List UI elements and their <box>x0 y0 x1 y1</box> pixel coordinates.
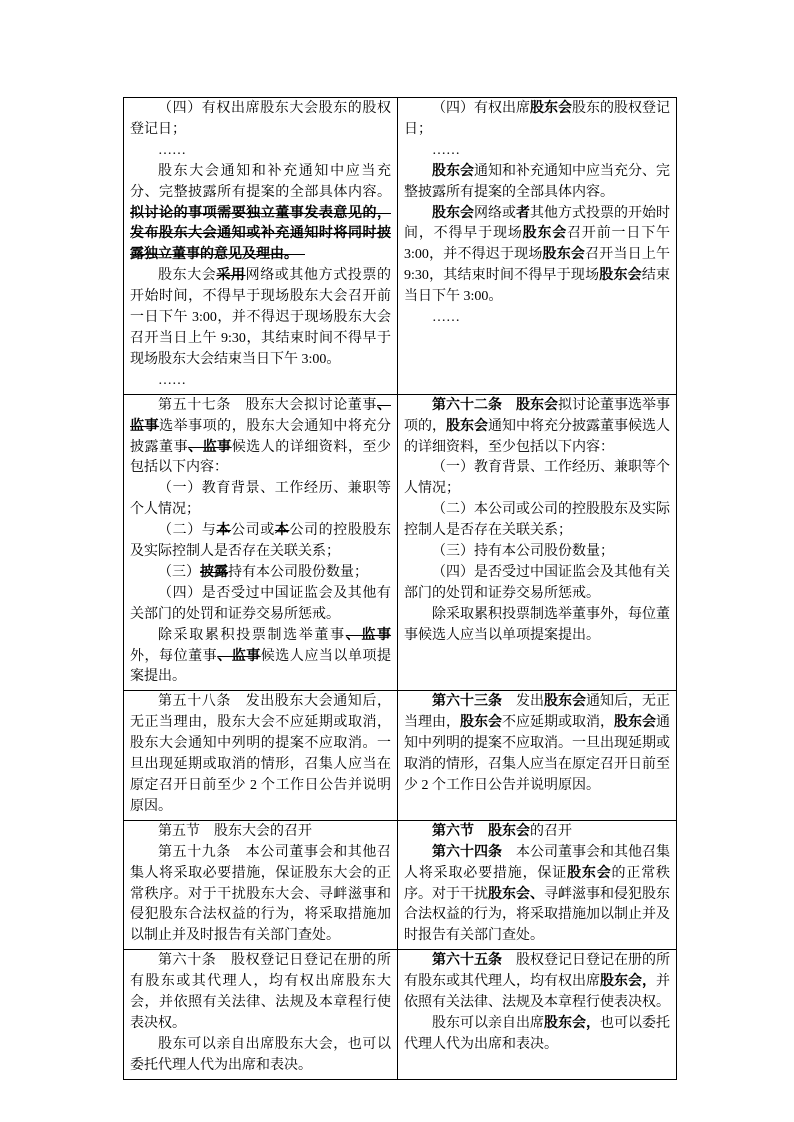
deleted-text: 、监事 <box>217 649 261 664</box>
text-run: 外，每位董事 <box>130 649 217 664</box>
paragraph: 股东大会采用网络或其他方式投票的开始时间，不得早于现场股东大会召开前一日下午 3… <box>130 266 391 371</box>
text-run: 股东可以亲自出席股东大会，也可以委托代理人代为出席和表决。 <box>130 1037 391 1073</box>
paragraph: …… <box>404 308 670 329</box>
paragraph: 第五十七条 股东大会拟讨论董事、监事选举事项的，股东大会通知中将充分披露董事、监… <box>130 396 391 480</box>
text-run: 网络或 <box>474 206 516 221</box>
added-text: 者 <box>516 206 530 221</box>
right-version-cell: 第六十三条 发出股东会通知后，无正当理由，股东会不应延期或取消，股东会通知中列明… <box>398 691 677 820</box>
paragraph: …… <box>404 141 670 162</box>
text-run: （四）有权出席 <box>432 101 530 116</box>
text-run: 不应延期或取消， <box>502 715 614 730</box>
added-text: 股东会 <box>516 398 558 413</box>
text-run: …… <box>158 373 186 388</box>
left-version-cell: 第五十八条 发出股东大会通知后，无正当理由，股东大会不应延期或取消，股东大会通知… <box>124 691 398 820</box>
paragraph: 股东会网络或者其他方式投票的开始时间，不得早于现场股东会召开前一日下午 3:00… <box>404 204 670 309</box>
table-row: 第五节 股东大会的召开第五十九条 本公司董事会和其他召集人将采取必要措施，保证股… <box>124 820 677 949</box>
paragraph: 股东可以亲自出席股东大会，也可以委托代理人代为出席和表决。 <box>130 1035 391 1077</box>
paragraph: （四）是否受过中国证监会及其他有关部门的处罚和证券交易所惩戒。 <box>404 563 670 605</box>
text-run: （四）是否受过中国证监会及其他有关部门的处罚和证券交易所惩戒。 <box>404 565 670 601</box>
added-text: 第六节 股东会 <box>432 824 530 839</box>
paragraph: 第六十四条 本公司董事会和其他召集人将采取必要措施，保证股东会的正常秩序。对于干… <box>404 843 670 948</box>
table-row: 第五十七条 股东大会拟讨论董事、监事选举事项的，股东大会通知中将充分披露董事、监… <box>124 394 677 691</box>
right-version-cell: （四）有权出席股东会股东的股权登记日；……股东会通知和补充通知中应当充分、完整披… <box>398 98 677 395</box>
right-version-cell: 第六十二条 股东会拟讨论董事选举事项的，股东会通知中将充分披露董事候选人的详细资… <box>398 394 677 691</box>
added-text: 股东会 <box>432 164 474 179</box>
deleted-text: 本 <box>275 523 290 538</box>
right-version-cell: 第六十五条 股权登记日登记在册的所有股东或其代理人，均有权出席股东会，并依照有关… <box>398 950 677 1079</box>
paragraph: （四）有权出席股东大会股东的股权登记日； <box>130 99 391 141</box>
added-text: 股东会， <box>600 974 656 989</box>
added-text: 股东会 <box>523 226 567 241</box>
text-run: 股东大会通知和补充通知中应当充分、完整披露所有提案的全部具体内容。 <box>130 164 391 200</box>
paragraph: （一）教育背景、工作经历、兼职等个人情况； <box>130 479 391 521</box>
text-run: …… <box>432 143 460 158</box>
deleted-text: 采用 <box>216 268 245 283</box>
added-text: 第六十三条 <box>432 694 502 709</box>
added-text: 第六十四条 <box>432 845 502 860</box>
paragraph: 除采取累积投票制选举董事、监事外，每位董事、监事候选人应当以单项提案提出。 <box>130 626 391 689</box>
left-version-cell: 第五节 股东大会的召开第五十九条 本公司董事会和其他召集人将采取必要措施，保证股… <box>124 820 398 949</box>
table-row: 第五十八条 发出股东大会通知后，无正当理由，股东大会不应延期或取消，股东大会通知… <box>124 691 677 820</box>
added-text: 股东会 <box>543 247 586 262</box>
paragraph: …… <box>130 371 391 392</box>
added-text: 股东会 <box>432 206 474 221</box>
text-run: 第六十条 股权登记日登记在册的所有股东或其代理人，均有权出席股东大会，并依照有关… <box>130 953 391 1031</box>
comparison-table-body: （四）有权出席股东大会股东的股权登记日；……股东大会通知和补充通知中应当充分、完… <box>124 98 677 1080</box>
text-run: 第五十九条 本公司董事会和其他召集人将采取必要措施，保证股东大会的正常秩序。对于… <box>130 845 391 944</box>
paragraph: （二）与本公司或本公司的控股股东及实际控制人是否存在关联关系； <box>130 521 391 563</box>
added-text: 股东会 <box>446 419 488 434</box>
text-run: 持有本公司股份数量； <box>228 565 368 580</box>
text-run: …… <box>432 310 460 325</box>
paragraph: 第六十二条 股东会拟讨论董事选举事项的，股东会通知中将充分披露董事候选人的详细资… <box>404 396 670 459</box>
paragraph: 第六十三条 发出股东会通知后，无正当理由，股东会不应延期或取消，股东会通知中列明… <box>404 692 670 797</box>
paragraph: 第五节 股东大会的召开 <box>130 822 391 843</box>
text-run: 第五十七条 股东大会拟讨论董事 <box>158 398 377 413</box>
text-run: 第五十八条 发出股东大会通知后，无正当理由，股东大会不应延期或取消，股东大会通知… <box>130 694 391 814</box>
added-text: 股东会 <box>544 694 586 709</box>
left-version-cell: （四）有权出席股东大会股东的股权登记日；……股东大会通知和补充通知中应当充分、完… <box>124 98 398 395</box>
text-run: （二）与 <box>158 523 216 538</box>
text-run: （一）教育背景、工作经历、兼职等个人情况； <box>404 460 670 496</box>
text-run: 第五节 股东大会的召开 <box>158 824 312 839</box>
paragraph: 第五十九条 本公司董事会和其他召集人将采取必要措施，保证股东大会的正常秩序。对于… <box>130 843 391 948</box>
right-version-cell: 第六节 股东会的召开第六十四条 本公司董事会和其他召集人将采取必要措施，保证股东… <box>398 820 677 949</box>
paragraph: （一）教育背景、工作经历、兼职等个人情况； <box>404 458 670 500</box>
deleted-text: 拟讨论的事项需要独立董事发表意见的，发布股东大会通知或补充通知时将同时披露独立董… <box>130 206 391 263</box>
added-text: 第六十二条 <box>432 398 516 413</box>
text-run: 除采取累积投票制选举董事外，每位董事候选人应当以单项提案提出。 <box>404 607 670 643</box>
paragraph: （二）本公司或公司的控股股东及实际控制人是否存在关联关系； <box>404 500 670 542</box>
text-run: （四）是否受过中国证监会及其他有关部门的处罚和证券交易所惩戒。 <box>130 586 391 622</box>
added-text: 股东会、 <box>488 887 544 902</box>
document-page: （四）有权出席股东大会股东的股权登记日；……股东大会通知和补充通知中应当充分、完… <box>0 0 794 1122</box>
paragraph: …… <box>130 141 391 162</box>
added-text: 股东会 <box>460 715 502 730</box>
added-text: 股东会， <box>544 1016 600 1031</box>
text-run: （三）持有本公司股份数量； <box>432 544 614 559</box>
added-text: 股东会 <box>614 715 656 730</box>
text-run: 股东可以亲自出席 <box>432 1016 544 1031</box>
paragraph: （三）持有本公司股份数量； <box>404 542 670 563</box>
paragraph: 第六十条 股权登记日登记在册的所有股东或其代理人，均有权出席股东大会，并依照有关… <box>130 951 391 1035</box>
paragraph: （四）有权出席股东会股东的股权登记日； <box>404 99 670 141</box>
left-version-cell: 第六十条 股权登记日登记在册的所有股东或其代理人，均有权出席股东大会，并依照有关… <box>124 950 398 1079</box>
table-row: 第六十条 股权登记日登记在册的所有股东或其代理人，均有权出席股东大会，并依照有关… <box>124 950 677 1079</box>
text-run: 的召开 <box>530 824 572 839</box>
text-run: 发出 <box>502 694 544 709</box>
added-text: 股东会 <box>567 866 611 881</box>
left-version-cell: 第五十七条 股东大会拟讨论董事、监事选举事项的，股东大会通知中将充分披露董事、监… <box>124 394 398 691</box>
added-text: 股东会 <box>599 268 642 283</box>
text-run: 公司或 <box>231 523 275 538</box>
paragraph: （四）是否受过中国证监会及其他有关部门的处罚和证券交易所惩戒。 <box>130 584 391 626</box>
table-row: （四）有权出席股东大会股东的股权登记日；……股东大会通知和补充通知中应当充分、完… <box>124 98 677 395</box>
text-run: （二）本公司或公司的控股股东及实际控制人是否存在关联关系； <box>404 502 670 538</box>
added-text: 股东会 <box>530 101 572 116</box>
deleted-text: 、监事 <box>346 628 391 643</box>
paragraph: 股东大会通知和补充通知中应当充分、完整披露所有提案的全部具体内容。拟讨论的事项需… <box>130 162 391 267</box>
paragraph: 第六节 股东会的召开 <box>404 822 670 843</box>
paragraph: 除采取累积投票制选举董事外，每位董事候选人应当以单项提案提出。 <box>404 605 670 647</box>
paragraph: 股东可以亲自出席股东会，也可以委托代理人代为出席和表决。 <box>404 1014 670 1056</box>
added-text: 第六十五条 <box>432 953 502 968</box>
text-run: …… <box>158 143 186 158</box>
comparison-table: （四）有权出席股东大会股东的股权登记日；……股东大会通知和补充通知中应当充分、完… <box>123 97 677 1080</box>
deleted-text: 本 <box>216 523 231 538</box>
text-run: （四）有权出席股东大会股东的股权登记日； <box>130 101 391 137</box>
deleted-text: 、监事 <box>188 440 232 455</box>
text-run: 股东大会 <box>158 268 216 283</box>
deleted-text: 披露 <box>200 565 228 580</box>
deleted-text <box>291 247 305 262</box>
paragraph: 第六十五条 股权登记日登记在册的所有股东或其代理人，均有权出席股东会，并依照有关… <box>404 951 670 1014</box>
paragraph: 股东会通知和补充通知中应当充分、完整披露所有提案的全部具体内容。 <box>404 162 670 204</box>
paragraph: 第五十八条 发出股东大会通知后，无正当理由，股东大会不应延期或取消，股东大会通知… <box>130 692 391 817</box>
text-run: 除采取累积投票制选举董事 <box>158 628 346 643</box>
text-run: （一）教育背景、工作经历、兼职等个人情况； <box>130 481 391 517</box>
paragraph: （三）披露持有本公司股份数量； <box>130 563 391 584</box>
text-run: （三） <box>158 565 200 580</box>
